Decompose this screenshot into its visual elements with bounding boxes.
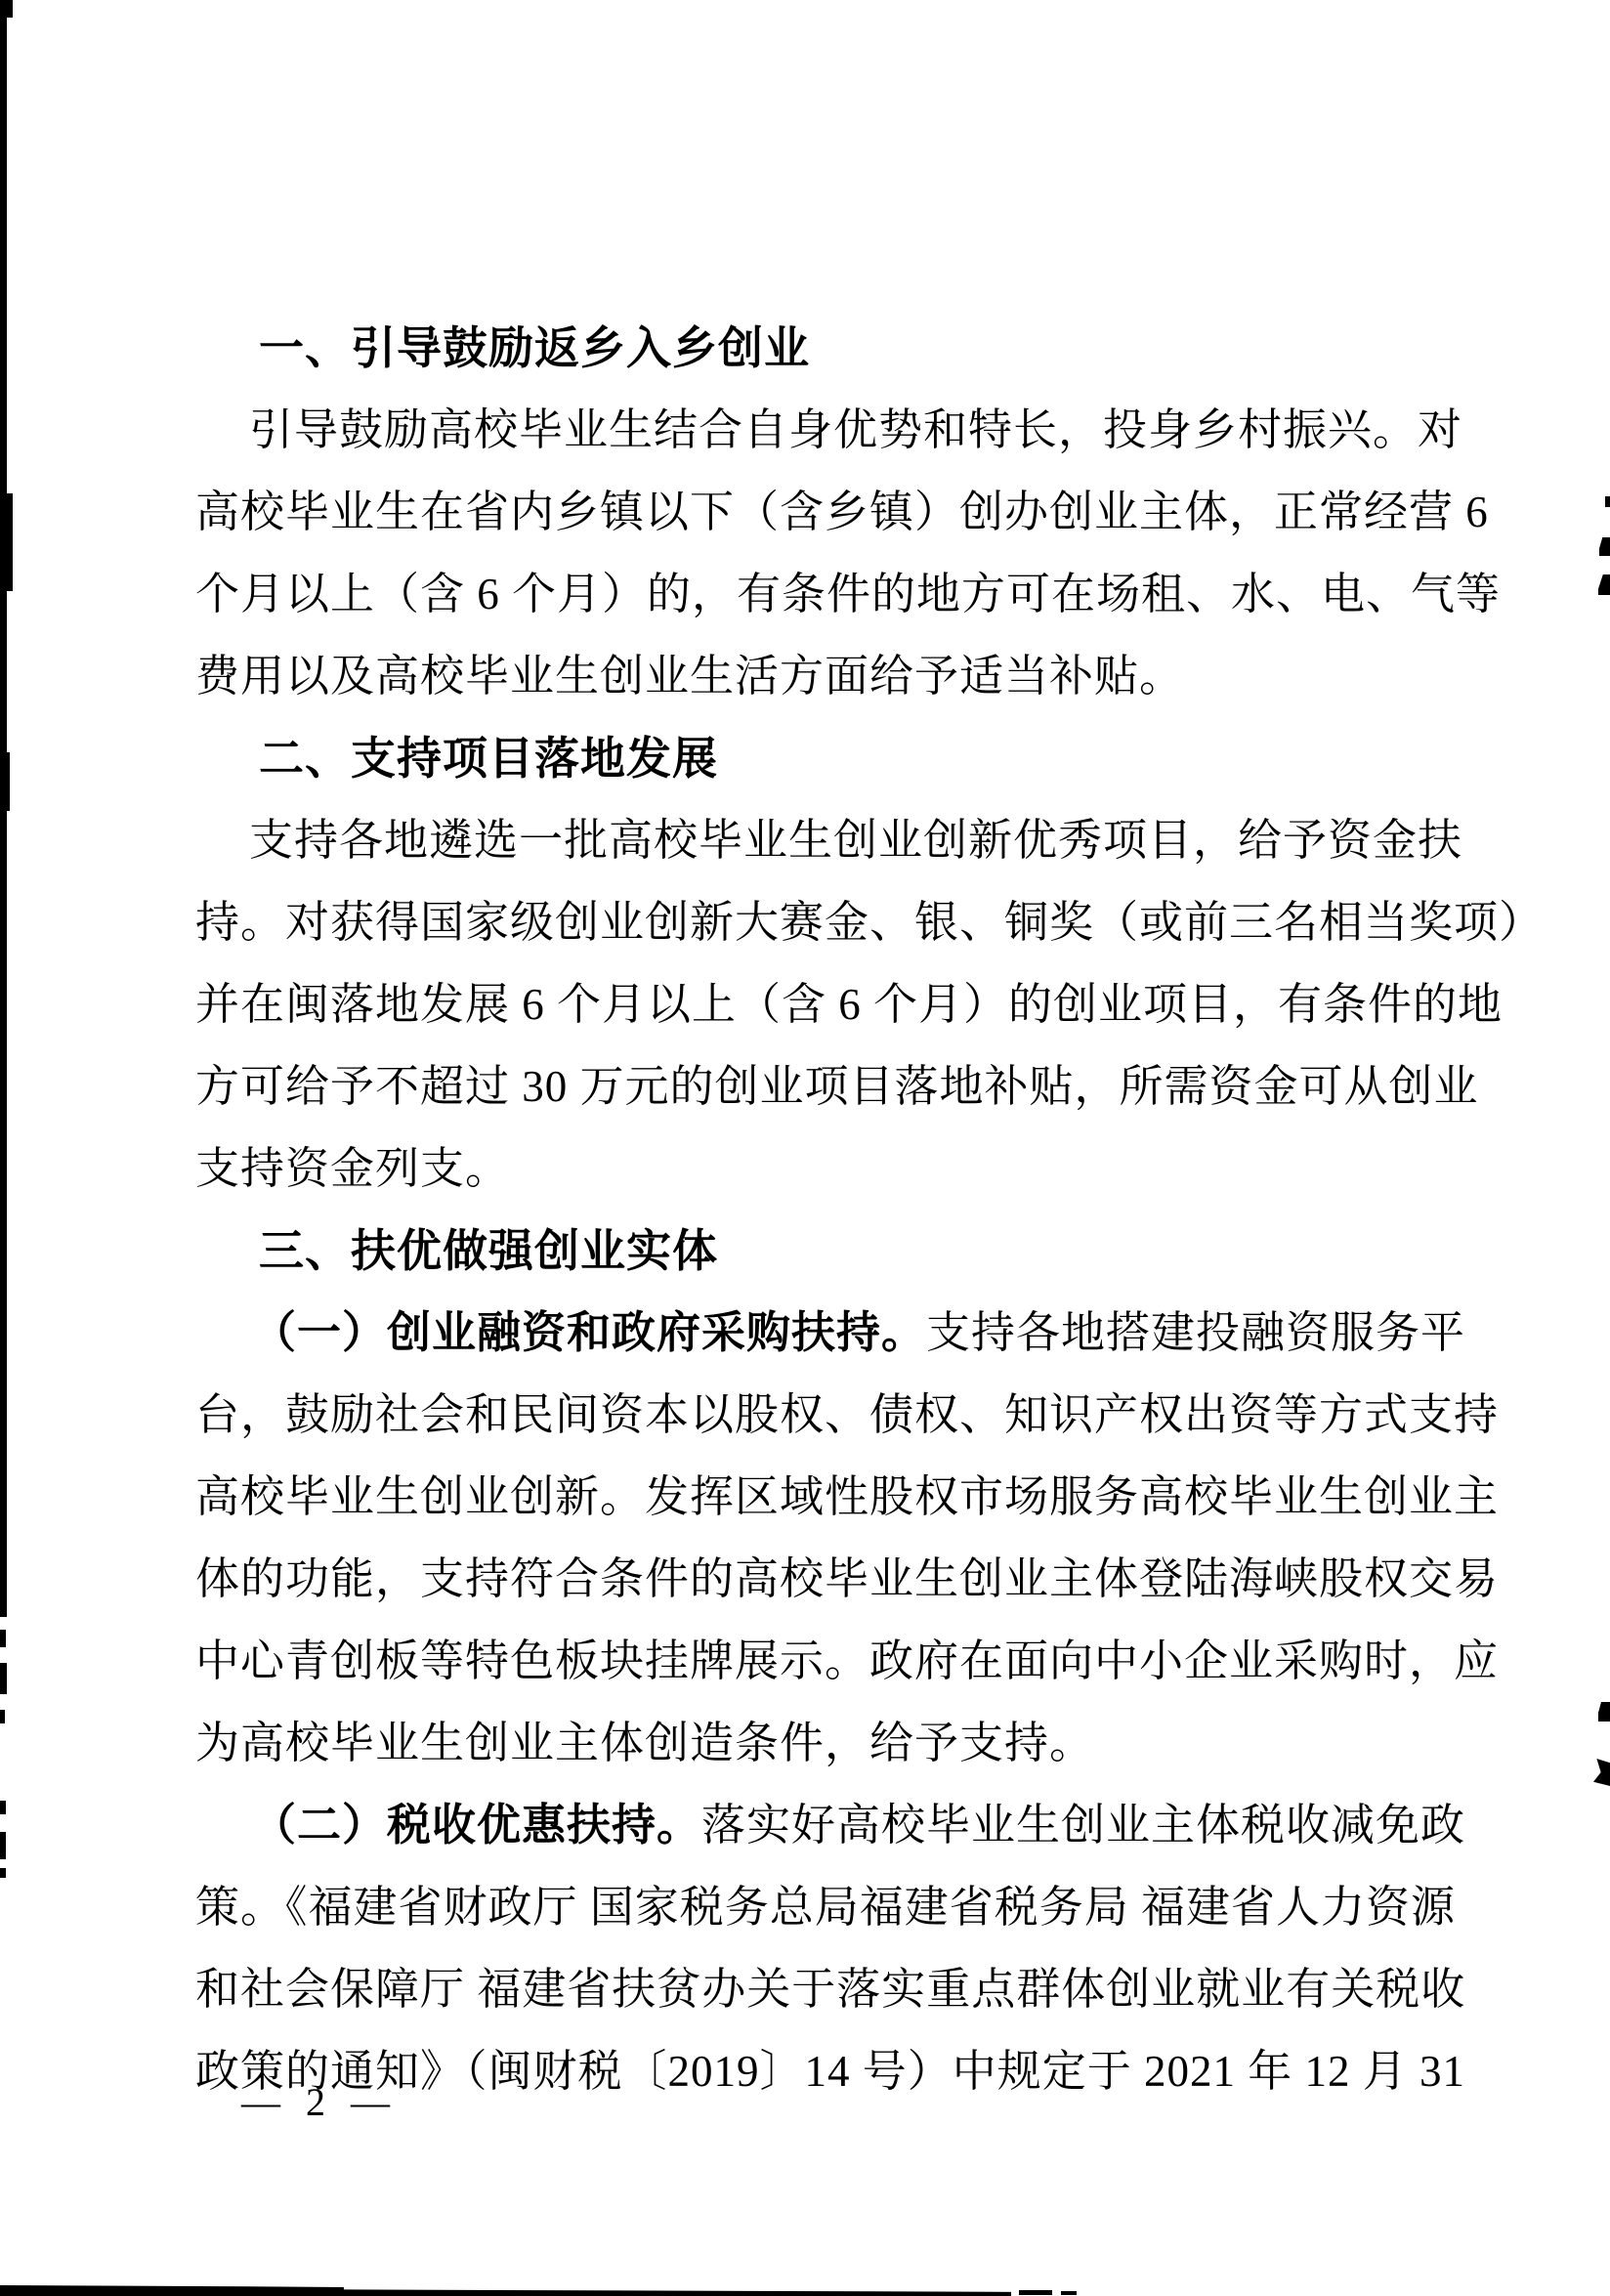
text-line: 体的功能，支持符合条件的高校毕业生创业主体登陆海峡股权交易 [195, 1538, 1417, 1620]
page-number: — 2 — [241, 2079, 398, 2126]
scan-artifact-right-fragment [1599, 537, 1610, 556]
line-text: 落实好高校毕业生创业主体税收减免政 [701, 1801, 1465, 1850]
scan-artifact-right-fragment [1605, 496, 1610, 507]
scan-artifact-right-fragment [1593, 1759, 1610, 1786]
item-lead-bold: （二）税收优惠扶持。 [252, 1801, 701, 1850]
scan-artifact-left-dash [0, 1832, 6, 1859]
scan-artifact-left-dash [0, 1630, 6, 1647]
text-line: 为高校毕业生创业主体创造条件，给予支持。 [195, 1702, 1417, 1784]
text-line: 和社会保障厅 福建省扶贫办关于落实重点群体创业就业有关税收 [195, 1948, 1417, 2030]
line-text: 支持各地搭建投融资服务平 [926, 1308, 1465, 1357]
document-text-block: 一、引导鼓励返乡入乡创业 引导鼓励高校毕业生结合自身优势和特长，投身乡村振兴。对… [195, 307, 1417, 2112]
scan-artifact-bottom-dash [1061, 2291, 1077, 2295]
scan-artifact-left-dash [0, 1663, 7, 1694]
scan-artifact-right-fragment [1598, 574, 1610, 595]
item-lead-bold: （一）创业融资和政府采购扶持。 [252, 1308, 926, 1357]
text-line: 个月以上（含 6 个月）的，有条件的地方可在场租、水、电、气等 [195, 553, 1417, 635]
text-line: 台，鼓励社会和民间资本以股权、债权、知识产权出资等方式支持 [195, 1374, 1417, 1456]
text-line: 策。《福建省财政厅 国家税务总局福建省税务局 福建省人力资源 [195, 1866, 1417, 1948]
scanned-document-page: 一、引导鼓励返乡入乡创业 引导鼓励高校毕业生结合自身优势和特长，投身乡村振兴。对… [0, 0, 1610, 2296]
section-heading-1: 一、引导鼓励返乡入乡创业 [195, 307, 1417, 389]
scan-artifact-bottom-bar [0, 2285, 1011, 2296]
scan-artifact-left-nub [0, 752, 10, 811]
text-line: 支持各地遴选一批高校毕业生创业创新优秀项目，给予资金扶 [195, 799, 1417, 881]
text-line: 高校毕业生在省内乡镇以下（含乡镇）创办创业主体，正常经营 6 [195, 471, 1417, 553]
text-line: 高校毕业生创业创新。发挥区域性股权市场服务高校毕业生创业主 [195, 1456, 1417, 1538]
section-heading-2: 二、支持项目落地发展 [195, 717, 1417, 799]
scan-artifact-left-corner-blob [0, 0, 13, 18]
text-line: 支持资金列支。 [195, 1127, 1417, 1210]
section-heading-3: 三、扶优做强创业实体 [195, 1210, 1417, 1292]
text-line: （二）税收优惠扶持。落实好高校毕业生创业主体税收减免政 [195, 1784, 1417, 1866]
scan-artifact-bottom-dash [1019, 2290, 1052, 2295]
text-line: 中心青创板等特色板块挂牌展示。政府在面向中小企业采购时，应 [195, 1620, 1417, 1702]
scan-artifact-left-dash [0, 1801, 6, 1814]
text-line: 方可给予不超过 30 万元的创业项目落地补贴，所需资金可从创业 [195, 1045, 1417, 1127]
scan-artifact-left-dash [0, 1710, 5, 1723]
text-line: 持。对获得国家级创业创新大赛金、银、铜奖（或前三名相当奖项） [195, 881, 1417, 963]
scan-artifact-left-dash [0, 1868, 6, 1878]
text-line: 并在闽落地发展 6 个月以上（含 6 个月）的创业项目，有条件的地 [195, 963, 1417, 1045]
text-line: 引导鼓励高校毕业生结合自身优势和特长，投身乡村振兴。对 [195, 389, 1417, 471]
text-line: （一）创业融资和政府采购扶持。支持各地搭建投融资服务平 [195, 1292, 1417, 1374]
scan-artifact-left-nub [0, 493, 13, 591]
text-line: 费用以及高校毕业生创业生活方面给予适当补贴。 [195, 635, 1417, 717]
scan-artifact-right-fragment [1598, 1702, 1610, 1722]
